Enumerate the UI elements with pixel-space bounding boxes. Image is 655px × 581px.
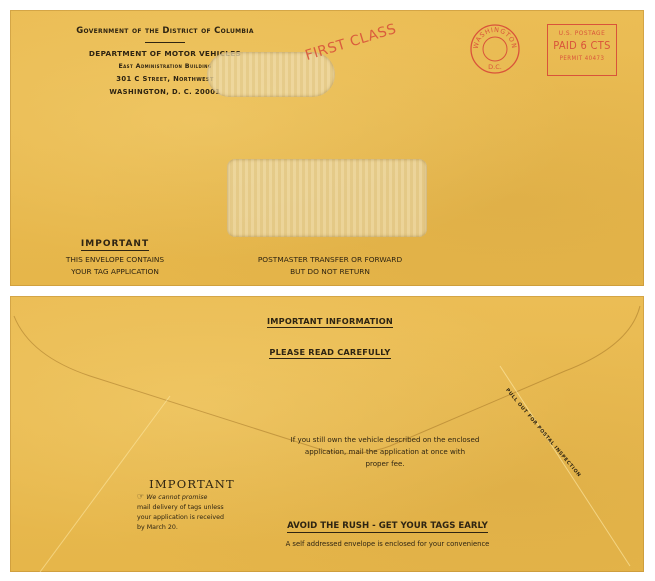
notice-line-1: We cannot promise [146, 494, 207, 501]
divider [145, 42, 185, 43]
notice-line-3: your application is received [137, 513, 247, 523]
important-line-2: YOUR TAG APPLICATION [40, 266, 190, 278]
please-read-heading: PLEASE READ CAREFULLY [269, 347, 390, 359]
instruction-paragraph: If you still own the vehicle described o… [255, 434, 515, 470]
postmaster-instructions: POSTMASTER TRANSFER OR FORWARD BUT DO NO… [230, 254, 430, 278]
avoid-rush-notice: AVOID THE RUSH - GET YOUR TAGS EARLY A s… [250, 513, 525, 548]
svg-text:WASHINGTON: WASHINGTON [472, 26, 518, 50]
government-name: Government of the District of Columbia [20, 26, 310, 36]
important-notice-front: IMPORTANT THIS ENVELOPE CONTAINS YOUR TA… [40, 231, 190, 278]
paragraph-line-3: proper fee. [255, 458, 515, 470]
important-heading-back: IMPORTANT [137, 477, 247, 491]
important-information-heading: IMPORTANT INFORMATION [267, 316, 393, 328]
svg-text:D.C.: D.C. [488, 63, 502, 71]
notice-line-2: mail delivery of tags unless [137, 503, 247, 513]
important-notice-back: IMPORTANT ☞ We cannot promise mail deliv… [137, 477, 247, 533]
paragraph-line-1: If you still own the vehicle described o… [255, 434, 515, 446]
first-class-stamp: FIRST CLASS [303, 21, 398, 64]
paragraph-line-2: application, mail the application at onc… [255, 446, 515, 458]
meter-line-1: U.S. POSTAGE [548, 29, 616, 37]
back-header: IMPORTANT INFORMATION PLEASE READ CAREFU… [230, 309, 430, 359]
meter-line-2: PAID 6 CTS [548, 39, 616, 52]
important-line-1: THIS ENVELOPE CONTAINS [40, 254, 190, 266]
self-addressed-note: A self addressed envelope is enclosed fo… [250, 540, 525, 548]
avoid-rush-heading: AVOID THE RUSH - GET YOUR TAGS EARLY [287, 521, 488, 533]
postmaster-line-2: BUT DO NOT RETURN [230, 266, 430, 278]
postmaster-line-1: POSTMASTER TRANSFER OR FORWARD [230, 254, 430, 266]
address-window-large [227, 159, 427, 237]
pointing-hand-icon: ☞ [137, 492, 144, 502]
important-heading: IMPORTANT [81, 239, 149, 251]
postmark-icon: WASHINGTON D.C. [469, 23, 521, 75]
postage-meter: U.S. POSTAGE PAID 6 CTS PERMIT 40473 [547, 24, 617, 76]
envelope-front: Government of the District of Columbia D… [10, 10, 644, 286]
meter-line-3: PERMIT 40473 [548, 55, 616, 62]
notice-line-4: by March 20. [137, 523, 247, 533]
envelope-back: IMPORTANT INFORMATION PLEASE READ CAREFU… [10, 296, 644, 572]
